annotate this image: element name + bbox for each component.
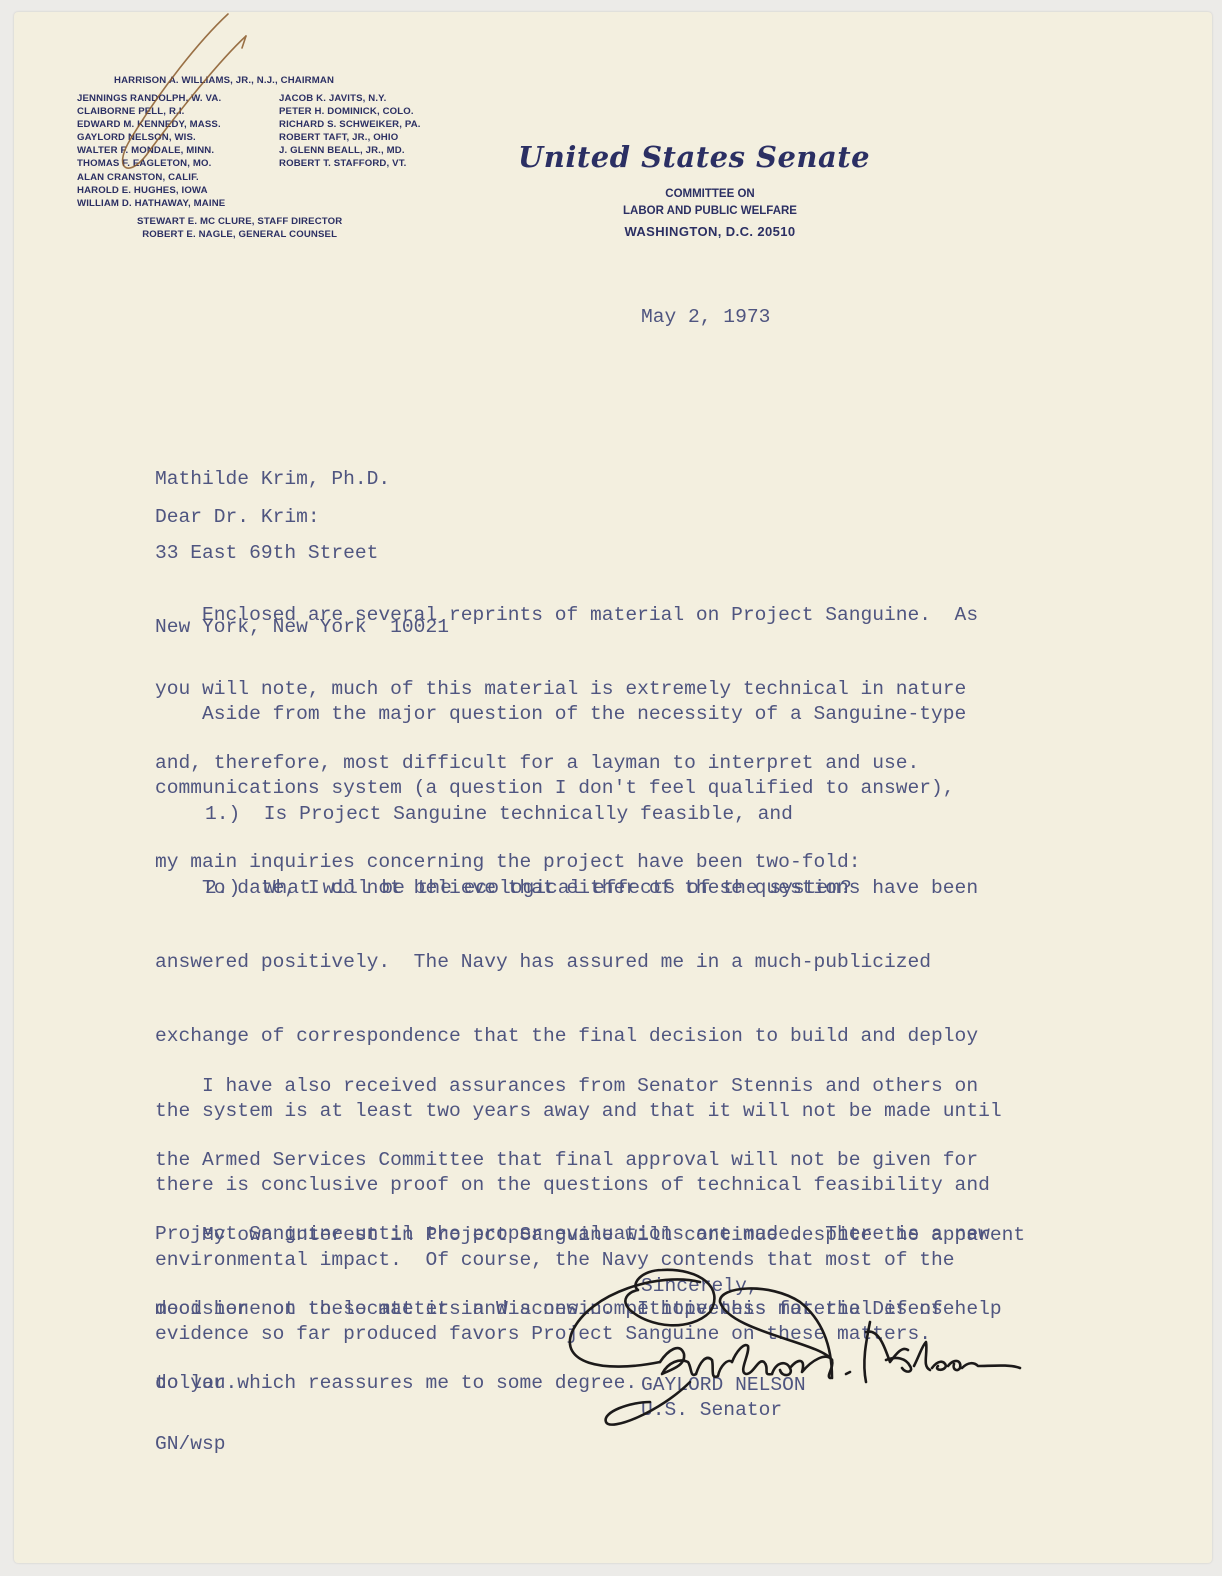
committee-name: COMMITTEE ON LABOR AND PUBLIC WELFARE WA… [570,186,850,240]
member-name: ROBERT TAFT, JR., OHIO [279,131,421,144]
committee-address: WASHINGTON, D.C. 20510 [570,223,850,240]
letter-date: May 2, 1973 [641,305,770,330]
member-name: JACOB K. JAVITS, N.Y. [279,92,421,105]
committee-members-minority: JACOB K. JAVITS, N.Y. PETER H. DOMINICK,… [279,92,421,171]
text-line: answered positively. The Navy has assure… [155,950,1002,975]
member-name: CLAIBORNE PELL, R.I. [77,105,225,118]
member-name: WALTER F. MONDALE, MINN. [77,144,225,157]
committee-chairman: HARRISON A. WILLIAMS, JR., N.J., CHAIRMA… [114,75,334,86]
member-name: THOMAS F. EAGLETON, MO. [77,157,225,170]
member-name: RICHARD S. SCHWEIKER, PA. [279,118,421,131]
list-item: 1.) Is Project Sanguine technically feas… [205,802,852,827]
text-line: My own interest in Project Sanguine will… [155,1223,1025,1248]
salutation: Dear Dr. Krim: [155,505,320,530]
general-counsel: ROBERT E. NAGLE, GENERAL COUNSEL [137,228,342,241]
text-line: the Armed Services Committee that final … [155,1148,990,1173]
text-line: Enclosed are several reprints of materia… [155,603,978,628]
staff-director: STEWART E. MC CLURE, STAFF DIRECTOR [137,215,342,228]
text-line: To date, I do not believe that either of… [155,876,1002,901]
committee-staff: STEWART E. MC CLURE, STAFF DIRECTOR ROBE… [137,215,342,241]
reference-initials: GN/wsp [155,1432,226,1457]
committee-members-majority: JENNINGS RANDOLPH, W. VA. CLAIBORNE PELL… [77,92,225,210]
member-name: HAROLD E. HUGHES, IOWA [77,184,225,197]
member-name: EDWARD M. KENNEDY, MASS. [77,118,225,131]
member-name: ROBERT T. STAFFORD, VT. [279,157,421,170]
member-name: JENNINGS RANDOLPH, W. VA. [77,92,225,105]
member-name: WILLIAM D. HATHAWAY, MAINE [77,197,225,210]
text-line: I have also received assurances from Sen… [155,1074,990,1099]
member-name: ALAN CRANSTON, CALIF. [77,171,225,184]
address-line: Mathilde Krim, Ph.D. [155,467,449,492]
text-line: Aside from the major question of the nec… [155,702,966,727]
committee-line: LABOR AND PUBLIC WELFARE [570,203,850,220]
committee-line: COMMITTEE ON [570,186,850,203]
member-name: PETER H. DOMINICK, COLO. [279,105,421,118]
member-name: J. GLENN BEALL, JR., MD. [279,144,421,157]
member-name: GAYLORD NELSON, WIS. [77,131,225,144]
letterhead-title: United States Senate [518,140,870,174]
handwritten-signature [550,1262,1030,1442]
